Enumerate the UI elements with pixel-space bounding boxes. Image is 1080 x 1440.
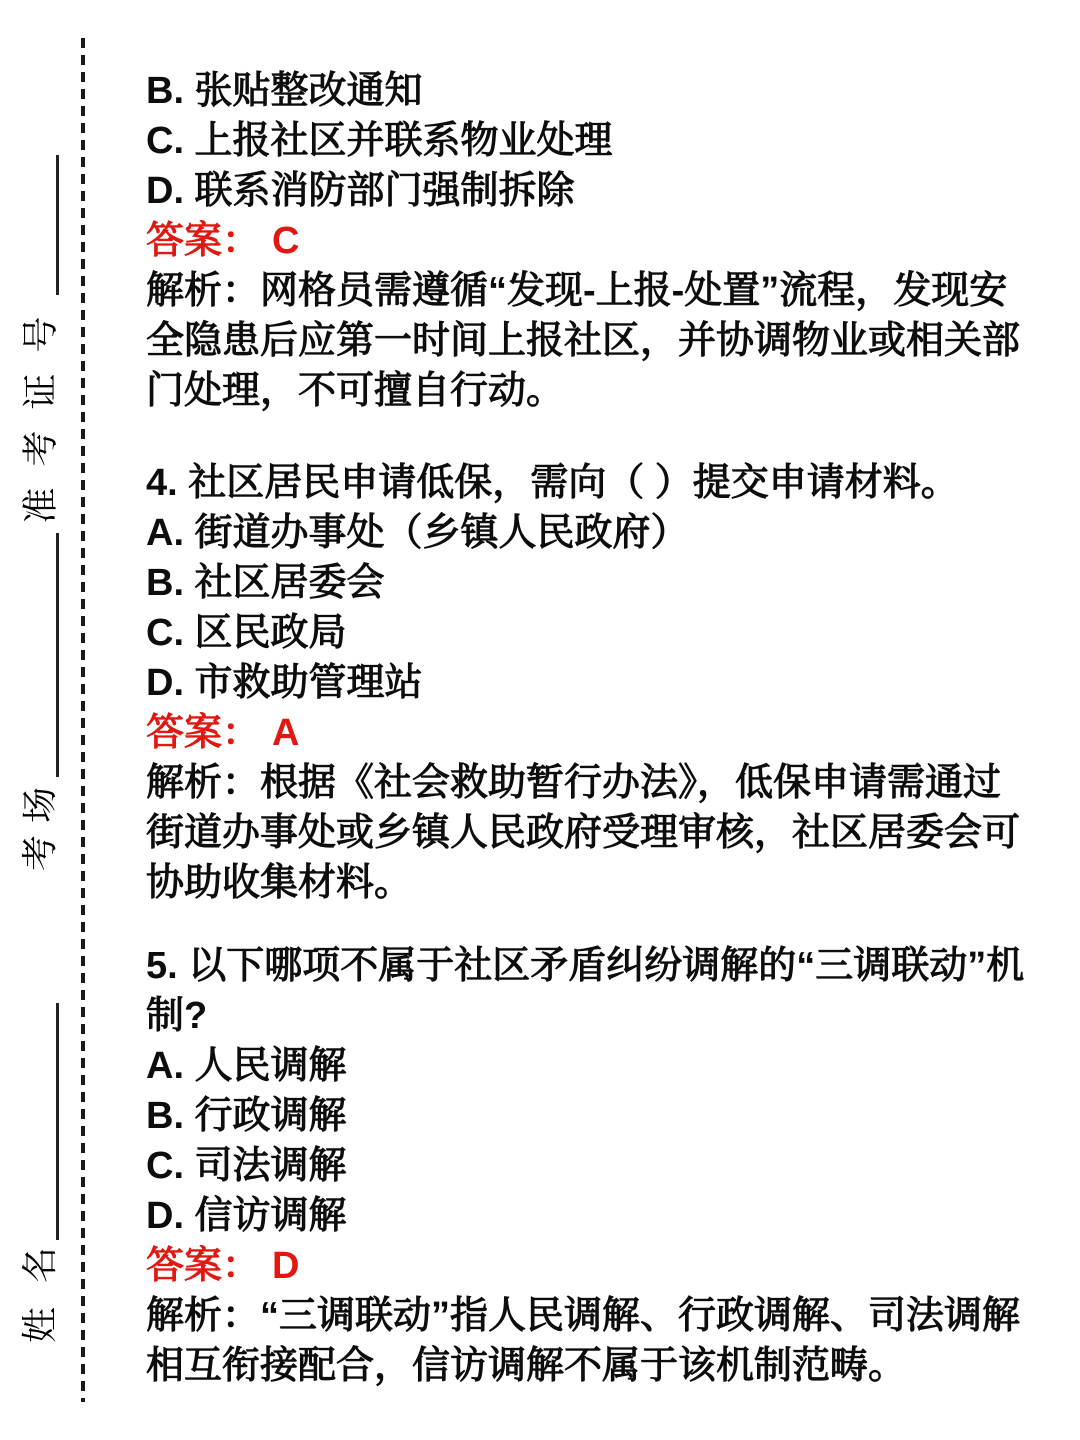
answer-label: 答案： <box>146 220 260 262</box>
seal-label-char: 姓 <box>10 1301 70 1349</box>
seal-field-exam-room: 场考 <box>16 781 64 877</box>
option-line: D. 信访调解 <box>146 1191 1026 1241</box>
seal-label-char: 考 <box>12 425 69 473</box>
seal-field-name: 名姓 <box>16 1235 64 1355</box>
seal-label-char: 号 <box>12 311 69 359</box>
answer-value: D <box>272 1245 299 1287</box>
exam-paper-page: 号证考准 场考 名姓 B. 张贴整改通知 C. 上报社区并联系物业处理 D. 联… <box>0 0 1080 1440</box>
option-line: A. 街道办事处（乡镇人民政府） <box>146 508 1026 558</box>
answer-line: 答案：A <box>146 708 1026 758</box>
question-text: 5. 以下哪项不属于社区矛盾纠纷调解的“三调联动”机制? <box>146 941 1026 1041</box>
option-line: D. 市救助管理站 <box>146 658 1026 708</box>
seal-label-char: 场 <box>16 781 64 829</box>
question-text: 4. 社区居民申请低保，需向（ ）提交申请材料。 <box>146 458 1026 508</box>
question-block-4: 4. 社区居民申请低保，需向（ ）提交申请材料。 A. 街道办事处（乡镇人民政府… <box>146 458 1026 908</box>
option-line: B. 社区居委会 <box>146 558 1026 608</box>
option-line: C. 司法调解 <box>146 1141 1026 1191</box>
answer-value: C <box>272 220 299 262</box>
seal-label-char: 准 <box>12 482 69 530</box>
option-line: B. 张贴整改通知 <box>146 66 1026 116</box>
explanation-text: 解析：根据《社会救助暂行办法》，低保申请需通过街道办事处或乡镇人民政府受理审核，… <box>146 758 1026 908</box>
admission-number-blank-line <box>56 155 59 295</box>
option-line: C. 上报社区并联系物业处理 <box>146 116 1026 166</box>
option-line: B. 行政调解 <box>146 1091 1026 1141</box>
seal-label-char: 证 <box>12 368 69 416</box>
answer-line: 答案：D <box>146 1241 1026 1291</box>
option-line: D. 联系消防部门强制拆除 <box>146 166 1026 216</box>
answer-label: 答案： <box>146 712 260 754</box>
answer-line: 答案：C <box>146 216 1026 266</box>
name-blank-line <box>56 1003 59 1240</box>
option-line: C. 区民政局 <box>146 608 1026 658</box>
binding-dashed-line <box>81 38 85 1402</box>
seal-label-char: 名 <box>10 1241 70 1289</box>
question-block-5: 5. 以下哪项不属于社区矛盾纠纷调解的“三调联动”机制? A. 人民调解 B. … <box>146 941 1026 1391</box>
seal-label-char: 考 <box>16 829 64 877</box>
explanation-text: 解析：网格员需遵循“发现-上报-处置”流程，发现安全隐患后应第一时间上报社区，并… <box>146 266 1026 416</box>
answer-label: 答案： <box>146 1245 260 1287</box>
answer-value: A <box>272 712 299 754</box>
exam-room-blank-line <box>56 533 59 777</box>
question-block-3: B. 张贴整改通知 C. 上报社区并联系物业处理 D. 联系消防部门强制拆除 答… <box>146 66 1026 416</box>
option-line: A. 人民调解 <box>146 1041 1026 1091</box>
explanation-text: 解析：“三调联动”指人民调解、行政调解、司法调解相互衔接配合，信访调解不属于该机… <box>146 1291 1026 1391</box>
seal-field-admission-number: 号证考准 <box>16 306 64 534</box>
